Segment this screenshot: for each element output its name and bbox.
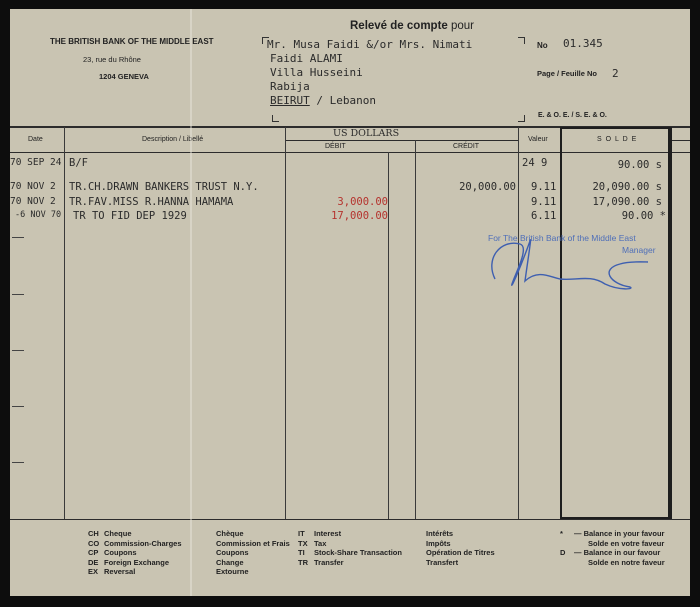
legend-item: ITInterestIntérêts	[298, 529, 495, 539]
addressee-city-line: BEIRUT / Lebanon	[270, 94, 376, 107]
page-number: 2	[612, 67, 619, 80]
table-bottom-rule	[10, 519, 690, 520]
header-valeur: Valeur	[528, 136, 548, 143]
addressee-city: BEIRUT	[270, 94, 310, 107]
addressee-line-2: Faidi ALAMI	[270, 52, 343, 65]
col-divider-description	[285, 127, 286, 519]
legend-balance-item: Solde en notre faveur	[560, 558, 665, 568]
statement-title: Relevé de compte pour	[350, 20, 474, 32]
currency-divider	[285, 140, 518, 141]
row-debit: 3,000.00	[337, 196, 388, 208]
margin-tick	[12, 237, 24, 238]
row-solde: 90.00 s	[618, 159, 662, 171]
legend-item: CPCouponsCoupons	[88, 548, 290, 558]
addressee-line-4: Rabija	[270, 80, 310, 93]
row-valeur: 9.11	[531, 196, 556, 208]
page-label: Page / Feuille No	[537, 69, 597, 78]
row-date: 70 NOV 2	[10, 181, 56, 192]
addressee-line-3: Villa Husseini	[270, 66, 363, 79]
row-solde: 17,090.00 s	[592, 196, 662, 208]
header-date: Date	[28, 136, 43, 143]
margin-tick	[12, 406, 24, 407]
account-number: 01.345	[563, 37, 603, 50]
row-credit: 20,000.00	[459, 181, 516, 193]
row-date: 70 NOV 2	[10, 196, 56, 207]
legend-item: TIStock-Share TransactionOpération de Ti…	[298, 548, 495, 558]
margin-tick	[12, 462, 24, 463]
legend-codes-right: ITInterestIntérêts TXTaxImpôts TIStock-S…	[298, 529, 495, 567]
extra-col-divider	[670, 140, 690, 141]
bank-statement-page: THE BRITISH BANK OF THE MIDDLE EAST 23, …	[10, 9, 690, 596]
legend-item: TXTaxImpôts	[298, 539, 495, 549]
address-corner-br	[518, 115, 525, 122]
address-corner-tr	[518, 37, 525, 44]
legend-balance-item: *— Balance in your favour	[560, 529, 665, 539]
legend-balance: *— Balance in your favour Solde en votre…	[560, 529, 665, 567]
header-solde: S O L D E	[597, 136, 637, 143]
header-debit: DÉBIT	[325, 143, 346, 150]
statement-title-rest: pour	[448, 20, 474, 32]
bank-address-city: 1204 GENEVA	[99, 72, 149, 81]
row-debit: 17,000.00	[331, 210, 388, 222]
col-divider-credit	[518, 127, 519, 519]
row-valeur: 24 9	[522, 157, 547, 169]
row-valeur: 9.11	[531, 181, 556, 193]
row-solde: 90.00 *	[622, 210, 666, 222]
row-description: TR.CH.DRAWN BANKERS TRUST N.Y.	[69, 181, 259, 193]
col-divider-solde-right	[670, 127, 672, 519]
legend-balance-item: D— Balance in our favour	[560, 548, 665, 558]
row-date: -6 NOV 70	[15, 210, 61, 220]
handwritten-signature-icon	[480, 229, 650, 299]
legend-item: EXReversalExtourne	[88, 567, 290, 577]
addressee-line-1: Mr. Musa Faidi &/or Mrs. Nimati	[267, 38, 472, 51]
legend-item: COCommission-ChargesCommission et Frais	[88, 539, 290, 549]
row-solde: 20,090.00 s	[592, 181, 662, 193]
col-divider-date	[64, 127, 65, 519]
addressee-country: / Lebanon	[310, 94, 376, 107]
row-description: TR.FAV.MISS R.HANNA HAMAMA	[69, 196, 233, 208]
legend-codes-left: CHChequeChèque COCommission-ChargesCommi…	[88, 529, 290, 577]
errors-omissions-note: E. & O. E. / S. E. & O.	[538, 112, 607, 119]
statement-title-bold: Relevé de compte	[350, 20, 448, 32]
legend-item: DEForeign ExchangeChange	[88, 558, 290, 568]
col-divider-debit-cents	[388, 152, 389, 519]
legend-balance-item: Solde en votre faveur	[560, 539, 665, 549]
address-corner-bl	[272, 115, 279, 122]
legend-item: TRTransferTransfert	[298, 558, 495, 568]
header-credit: CRÉDIT	[453, 143, 479, 150]
legend-item: CHChequeChèque	[88, 529, 290, 539]
bank-address-street: 23, rue du Rhône	[83, 55, 141, 64]
col-divider-debit	[415, 140, 416, 519]
header-currency: US DOLLARS	[333, 128, 399, 139]
row-description: TR TO FID DEP 1929	[73, 210, 187, 222]
row-date: 70 SEP 24	[10, 157, 61, 168]
margin-tick	[12, 294, 24, 295]
header-description: Description / Libellé	[142, 136, 203, 143]
row-valeur: 6.11	[531, 210, 556, 222]
margin-tick	[12, 350, 24, 351]
row-description: B/F	[69, 157, 88, 169]
bank-name: THE BRITISH BANK OF THE MIDDLE EAST	[50, 37, 214, 46]
account-number-label: No	[537, 41, 548, 50]
